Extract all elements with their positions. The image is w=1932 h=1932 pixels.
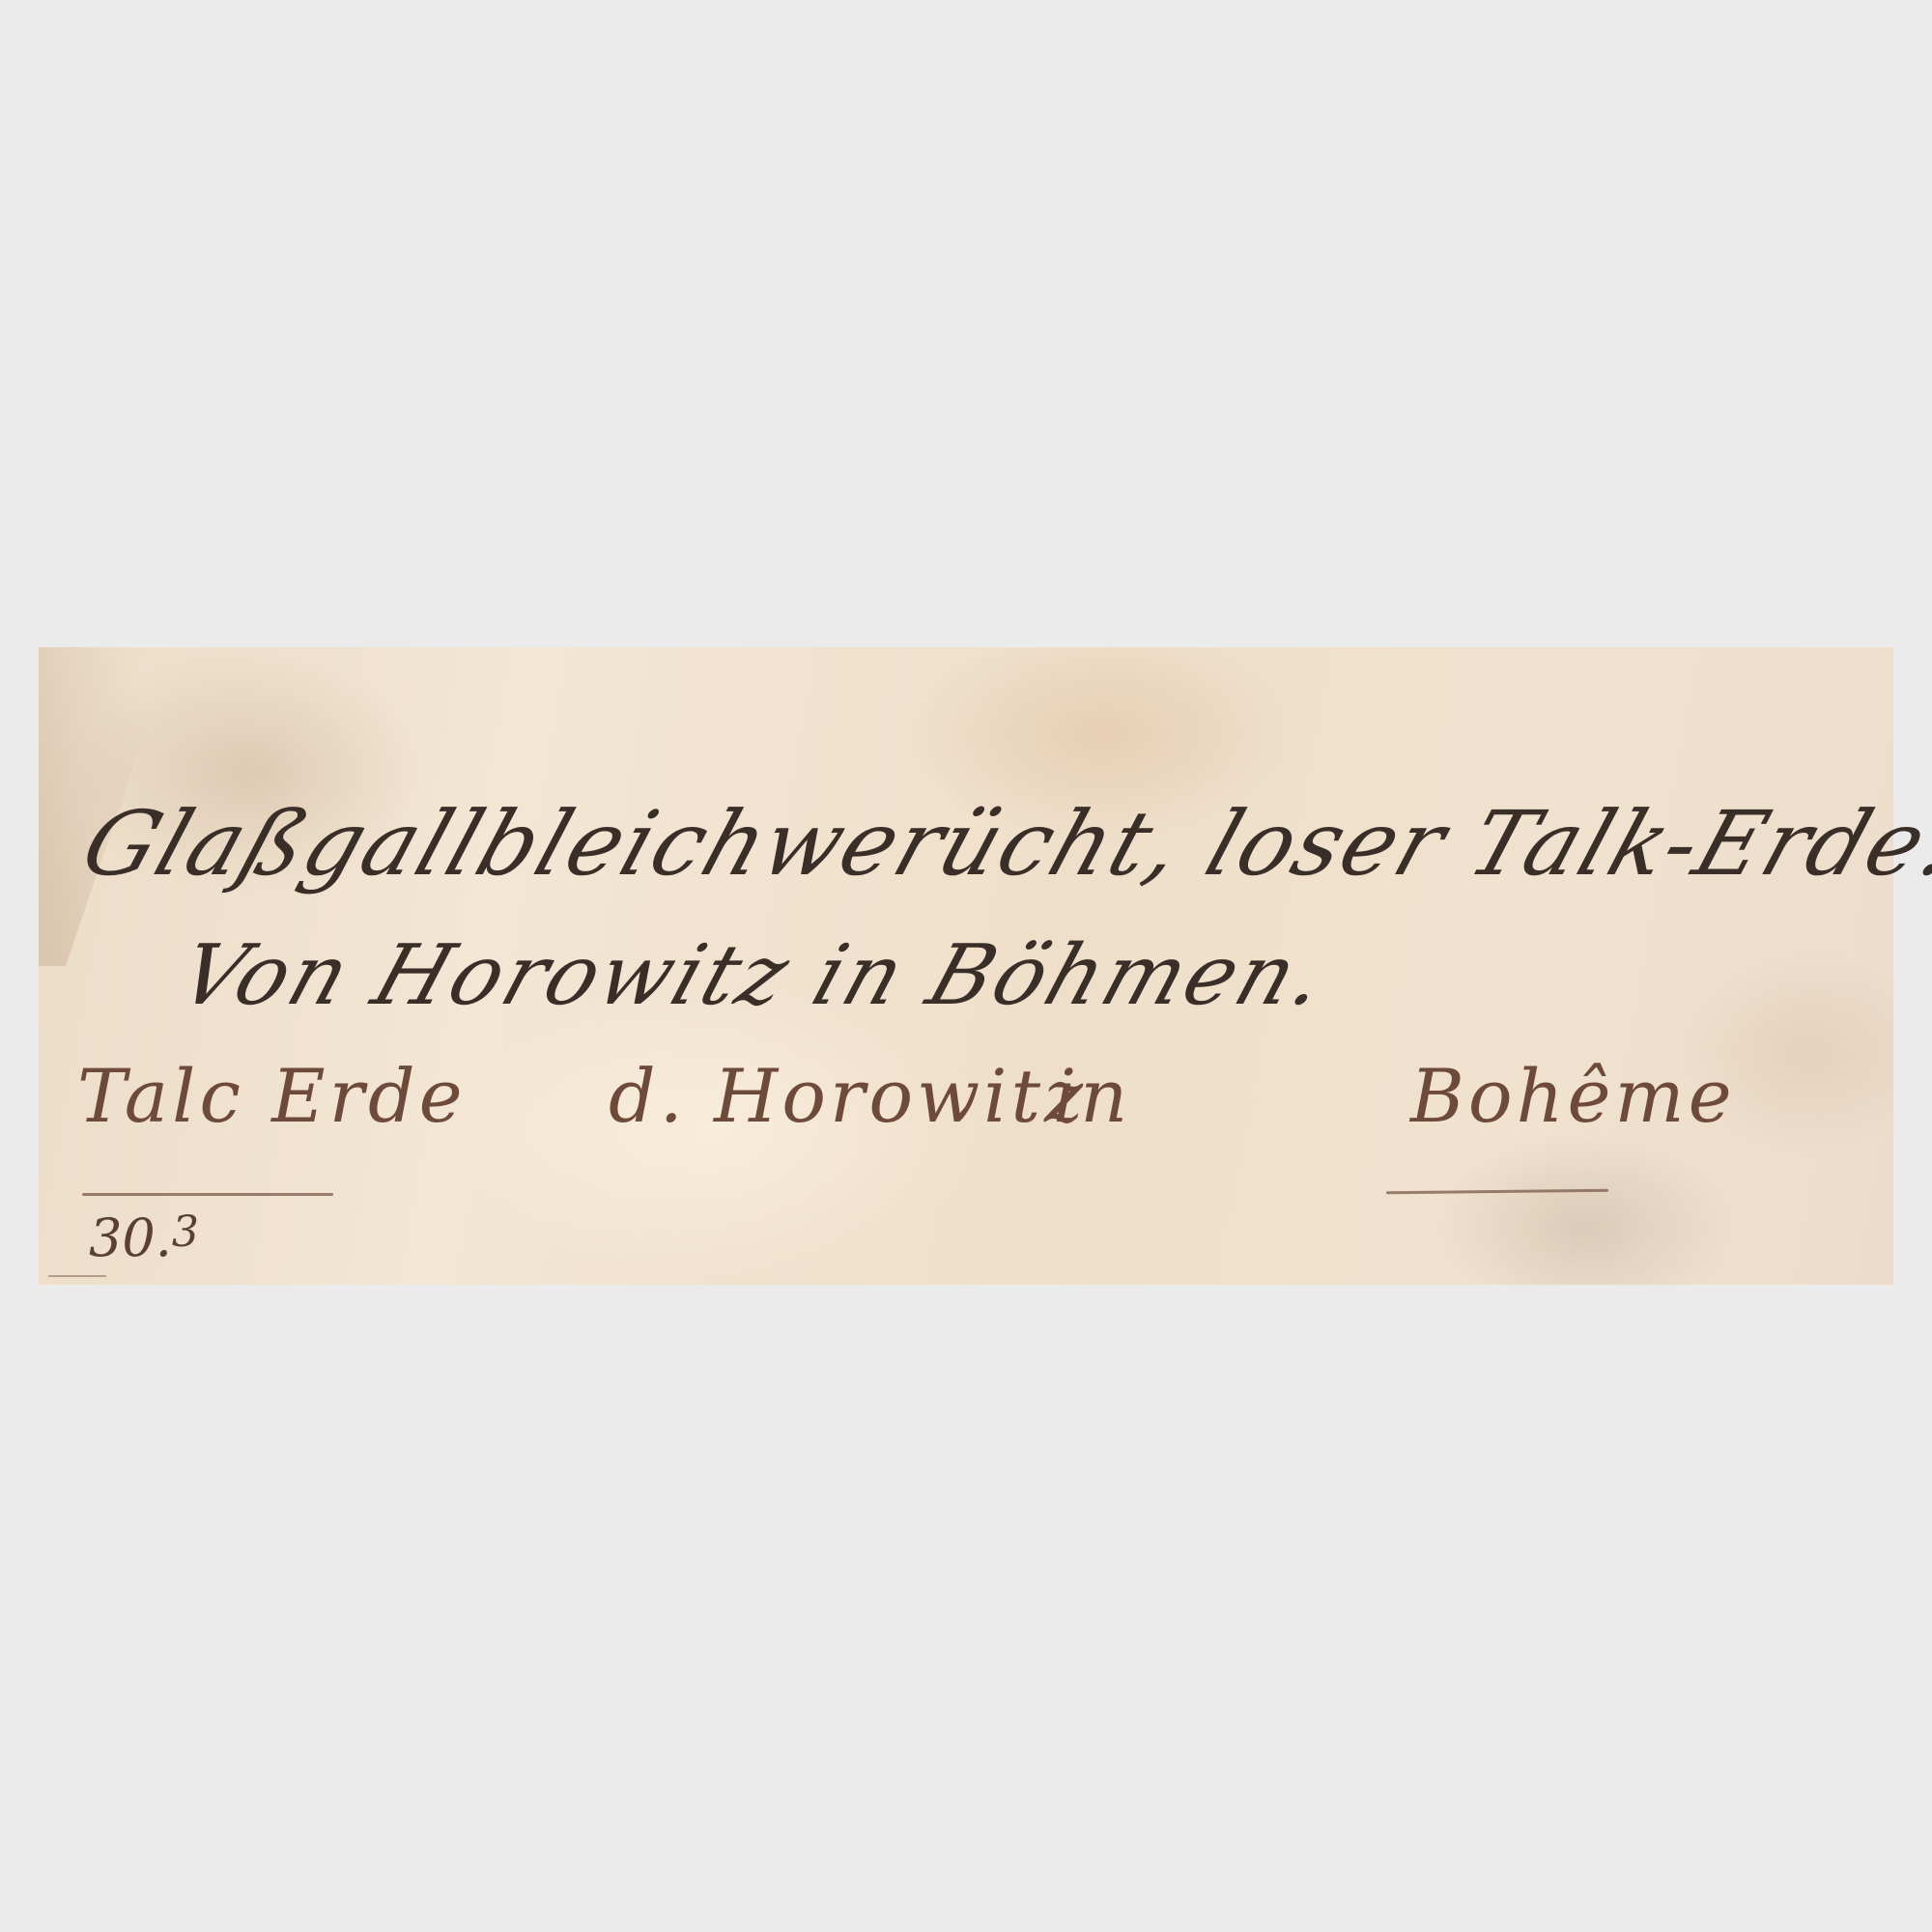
underline-right: [1386, 1189, 1608, 1194]
underline-reference: [48, 1275, 106, 1277]
line-3-segment-mineral: Talc Erde: [77, 1053, 467, 1139]
reference-number: 30.3: [89, 1207, 199, 1268]
reference-number-superscript: 3: [172, 1207, 199, 1257]
line-3-segment-preposition: in: [1053, 1053, 1131, 1139]
specimen-label-paper: Glaßgallbleichwerücht, loser Talk-Erde. …: [39, 647, 1893, 1285]
handwritten-line-1: Glaßgallbleichwerücht, loser Talk-Erde.: [71, 792, 1932, 895]
line-3-segment-locality: d. Horowitz: [609, 1053, 1087, 1139]
underline-left: [82, 1193, 333, 1196]
reference-number-main: 30.: [89, 1207, 172, 1268]
line-3-segment-region: Bohême: [1410, 1053, 1736, 1139]
handwritten-line-2: Von Horowitz in Böhmen.: [168, 927, 1341, 1024]
